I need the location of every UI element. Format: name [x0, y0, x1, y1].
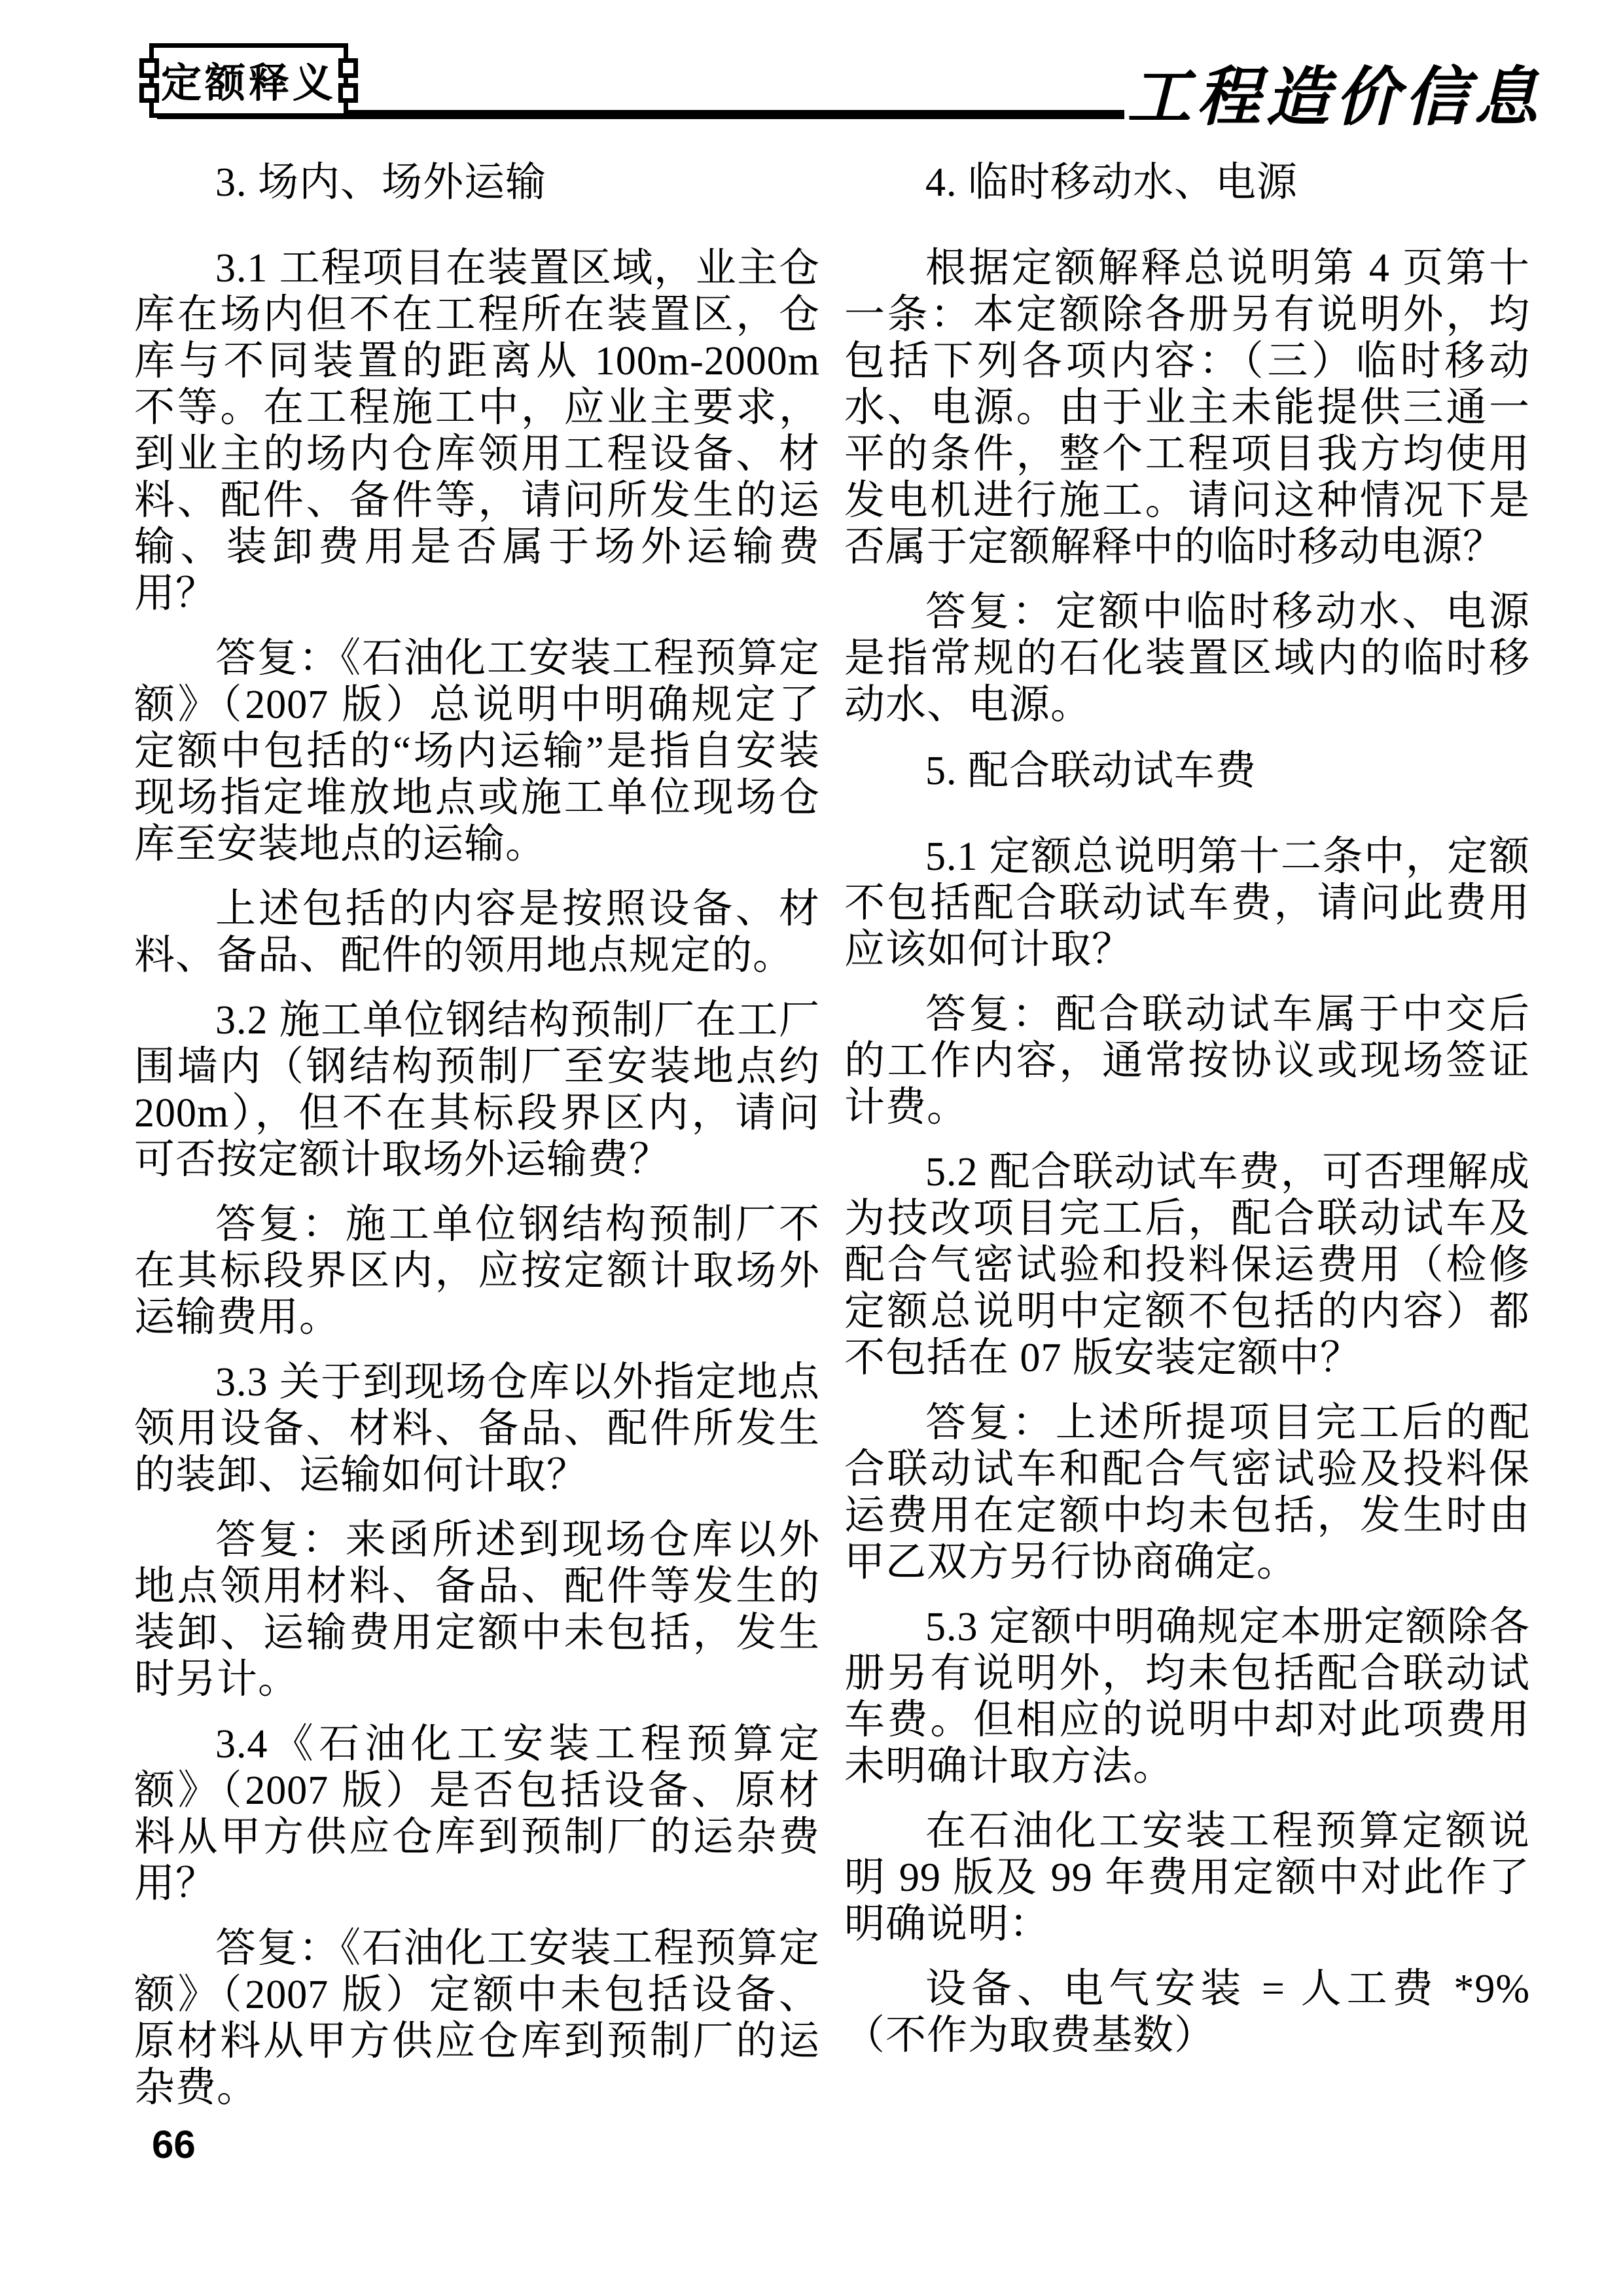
badge-corner-ornament — [139, 83, 159, 103]
paragraph: 答复：《石油化工安装工程预算定额》（2007 版）定额中未包括设备、原材料从甲方… — [134, 1926, 820, 2111]
paragraph: 3.4《石油化工安装工程预算定额》（2007 版）是否包括设备、原材料从甲方供应… — [134, 1721, 820, 1907]
badge-corner-ornament — [338, 83, 358, 103]
paragraph: 答复：配合联动试车属于中交后的工作内容，通常按协议或现场签证计费。 — [844, 992, 1530, 1131]
paragraph: 答复：来函所述到现场仓库以外地点领用材料、备品、配件等发生的装卸、运输费用定额中… — [134, 1517, 820, 1703]
paragraph: 3.3 关于到现场仓库以外指定地点领用设备、材料、备品、配件所发生的装卸、运输如… — [134, 1359, 820, 1499]
paragraph: 答复：《石油化工安装工程预算定额》（2007 版）总说明中明确规定了定额中包括的… — [134, 636, 820, 868]
paragraph: 上述包括的内容是按照设备、材料、备品、配件的领用地点规定的。 — [134, 886, 820, 979]
document-page: 定额释义 工程造价信息 3. 场内、场外运输3.1 工程项目在装置区域，业主仓库… — [0, 0, 1623, 2296]
paragraph: 5.2 配合联动试车费，可否理解成为技改项目完工后，配合联动试车及配合气密试验和… — [844, 1149, 1530, 1382]
paragraph: 根据定额解释总说明第 4 页第十一条：本定额除各册另有说明外，均包括下列各项内容… — [844, 245, 1530, 571]
page-number: 66 — [152, 2122, 196, 2167]
header-badge-frame: 定额释义 — [149, 43, 348, 118]
paragraph: 答复：上述所提项目完工后的配合联动试车和配合气密试验及投料保运费用在定额中均未包… — [844, 1400, 1530, 1586]
paragraph: 5.3 定额中明确规定本册定额除各册另有说明外，均未包括配合联动试车费。但相应的… — [844, 1604, 1530, 1790]
paragraph: 答复：施工单位钢结构预制厂不在其标段界区内，应按定额计取场外运输费用。 — [134, 1202, 820, 1341]
badge-corner-ornament — [139, 58, 159, 78]
section-heading: 3. 场内、场外运输 — [134, 160, 820, 206]
paragraph: 在石油化工安装工程预算定额说明 99 版及 99 年费用定额中对此作了明确说明： — [844, 1808, 1530, 1948]
left-column: 3. 场内、场外运输3.1 工程项目在装置区域，业主仓库在场内但不在工程所在装置… — [134, 156, 820, 2130]
section-heading: 4. 临时移动水、电源 — [844, 160, 1530, 206]
header-badge-title: 定额释义 — [161, 50, 336, 109]
badge-corner-ornament — [338, 58, 358, 78]
paragraph: 答复：定额中临时移动水、电源是指常规的石化装置区域内的临时移动水、电源。 — [844, 589, 1530, 728]
paragraph: 3.2 施工单位钢结构预制厂在工厂围墙内（钢结构预制厂至安装地点约 200m），… — [134, 997, 820, 1183]
paragraph: 设备、电气安装 = 人工费 *9%（不作为取费基数） — [844, 1966, 1530, 2059]
paragraph: 3.1 工程项目在装置区域，业主仓库在场内但不在工程所在装置区，仓库与不同装置的… — [134, 245, 820, 617]
section-heading: 5. 配合联动试车费 — [844, 748, 1530, 795]
paragraph: 5.1 定额总说明第十二条中，定额不包括配合联动试车费，请问此费用应该如何计取？ — [844, 834, 1530, 973]
right-column: 4. 临时移动水、电源根据定额解释总说明第 4 页第十一条：本定额除各册另有说明… — [844, 156, 1530, 2077]
journal-title: 工程造价信息 — [1127, 46, 1572, 138]
